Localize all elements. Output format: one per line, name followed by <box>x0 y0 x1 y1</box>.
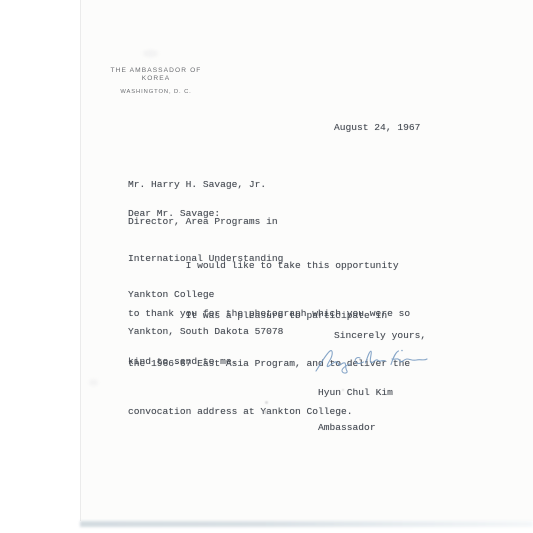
body-line: It was a pleasure to participate in <box>128 308 410 324</box>
letter-paper: THE AMBASSADOR OF KOREA WASHINGTON, D. C… <box>80 0 533 521</box>
address-line: Mr. Harry H. Savage, Jr. <box>128 179 283 191</box>
typed-name: Hyun Chul Kim <box>318 387 393 399</box>
paper-speck <box>264 410 267 414</box>
letterhead-line1: THE AMBASSADOR OF KOREA <box>95 67 217 83</box>
paper-smudge <box>143 50 158 57</box>
letterhead-line2: WASHINGTON, D. C. <box>95 88 217 96</box>
date-line: August 24, 1967 <box>334 122 420 134</box>
letter-photo: THE AMBASSADOR OF KOREA WASHINGTON, D. C… <box>0 0 533 533</box>
signature-stroke-chul <box>355 351 385 363</box>
paper-bottom-edge-shadow <box>80 521 533 527</box>
signature-i-dot <box>401 350 403 352</box>
paper-smudge <box>89 379 98 386</box>
typed-title: Ambassador <box>318 422 393 434</box>
paper-speck <box>342 389 344 391</box>
signature-block: Hyun Chul Kim Ambassador <box>318 364 393 457</box>
paper-speck <box>265 401 268 404</box>
salutation: Dear Mr. Savage: <box>128 208 220 220</box>
signature-stroke-kim <box>391 351 427 365</box>
letterhead: THE AMBASSADOR OF KOREA WASHINGTON, D. C… <box>95 67 217 96</box>
body-line: I would like to take this opportunity <box>128 258 410 274</box>
closing: Sincerely yours, <box>334 330 426 342</box>
